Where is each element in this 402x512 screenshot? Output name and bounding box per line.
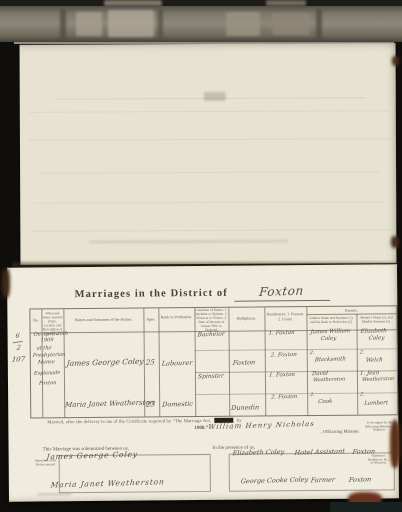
amended-act-year: 1908.” (194, 426, 208, 431)
col-header-condition: Condition of Parties: 1. Bachelor or Spi… (195, 309, 227, 333)
binding-notch (60, 9, 66, 39)
groom-condition: Bachelor (197, 331, 225, 339)
col-header-mother: Mother's Name (1), and Maiden Surname (2… (357, 316, 395, 324)
groom-residence-usual: 2. Foxton (270, 352, 297, 359)
col-header-parents-group: Parents. (306, 308, 396, 313)
margin-folio-top: 6 (15, 332, 20, 340)
form-title: Marriages in the District of Foxton (7, 281, 397, 303)
edge-stain (2, 268, 10, 298)
col-header-names: Names and Surnames of the Parties. (63, 318, 143, 323)
binding-patch (76, 12, 102, 36)
witness-2-residence: Foxton (348, 475, 371, 484)
groom-mother-name-2: Coley (368, 335, 384, 341)
col-header-birthplaces: Birthplaces. (228, 316, 264, 321)
entry-when-line: Manse (38, 359, 55, 366)
entry-when-line: 1909 (40, 337, 53, 343)
col-header-rank: Rank or Profession. (159, 315, 193, 320)
bleed-through-line (34, 201, 386, 204)
witnesses-fine-print: Signatures, Residences, &c., of Witnesse… (367, 454, 391, 465)
groom-father-name-1: James William (310, 328, 350, 335)
marriage-register-page: Marriages in the District of Foxton 6 2 … (7, 264, 399, 501)
bleed-through-line (40, 171, 380, 173)
bride-mother-name-2: Weatherston (362, 376, 395, 383)
groom-residence-present: 1. Foxton (268, 330, 295, 337)
register-table: No. When and where married (Date, Locali… (29, 305, 398, 418)
bride-mother-maiden-no: 2. (360, 392, 365, 398)
bleed-through-line (28, 110, 390, 113)
bleed-through-mark (204, 92, 226, 101)
margin-folio-bottom: 2 (16, 344, 21, 352)
col-header-residences: Residences: 1. Present. 2. Usual. (266, 312, 304, 322)
certification-text: Married, after the delivery to me of the… (47, 418, 211, 424)
entry-when-line: Foxton (39, 380, 57, 387)
binding-patch (226, 12, 260, 36)
witness-2-occupation: Farmer (310, 476, 335, 485)
binding-notch (158, 9, 163, 39)
groom-mother-maiden-no: 2. (359, 350, 364, 356)
groom-mother-maiden: Welch (366, 357, 383, 364)
form-title-printed: Marriages in the District of (75, 288, 228, 300)
register-book-photo: Marriages in the District of Foxton 6 2 … (0, 0, 402, 512)
bride-birthplace: Dunedin (231, 403, 260, 412)
binding-notch (316, 9, 322, 39)
groom-father-rank: Blacksmith (314, 356, 346, 363)
binding-patch (272, 13, 310, 35)
witness-1-signature: Elizabeth Coley (232, 448, 284, 458)
bride-father-rank-no: 2. (310, 392, 315, 398)
witness-1-occupation: Hotel Assistant (294, 447, 345, 456)
bride-residence-usual: 2. Foxton (271, 394, 298, 401)
groom-name: James George Coley (66, 357, 144, 368)
groom-father-name-2: Coley (320, 336, 336, 342)
bleed-through-line (28, 138, 392, 141)
bride-rank: Domestic (162, 400, 194, 409)
binding-patch (108, 10, 154, 37)
cover-bottom-corner (330, 502, 402, 512)
margin-entry-number: 107 (11, 355, 25, 363)
bleed-through-line (30, 229, 390, 232)
upper-page (20, 43, 397, 265)
bride-father-rank: Cook (318, 399, 333, 405)
bride-age: 23 (146, 400, 156, 408)
registrar-scribble (37, 493, 71, 495)
groom-father-rank-no: 2. (309, 350, 314, 356)
groom-age: 25 (145, 358, 155, 366)
edge-stain (390, 420, 400, 468)
edge-stain (392, 56, 399, 66)
col-header-ages: Ages. (143, 317, 158, 322)
officiating-minister-label: , Officiating Minister. (320, 429, 359, 434)
district-name-handwritten: Foxton (259, 284, 305, 299)
bride-mother-maiden: Lambert (364, 400, 388, 407)
groom-birthplace: Foxton (232, 358, 255, 367)
entry-when-line: at the (36, 345, 51, 351)
col-header-no: No. (30, 318, 41, 323)
bride-residence-present: 1. Foxton (269, 372, 296, 379)
entry-when-line: Esplanade (34, 370, 61, 377)
col-header-father: Father's Name and Surname (1), and his R… (307, 317, 355, 325)
bride-father-name-2: Weatherston (313, 376, 346, 383)
entry-when-line: Presbyterian (32, 352, 65, 359)
edge-stain (391, 236, 399, 248)
groom-mother-name-1: Elizabeth (360, 328, 387, 335)
bride-condition: Spinster (198, 373, 224, 381)
groom-rank: Labourer (161, 359, 192, 368)
bride-name: Maria Janet Weatherston (65, 398, 155, 409)
bleed-through-text-band (88, 240, 288, 244)
